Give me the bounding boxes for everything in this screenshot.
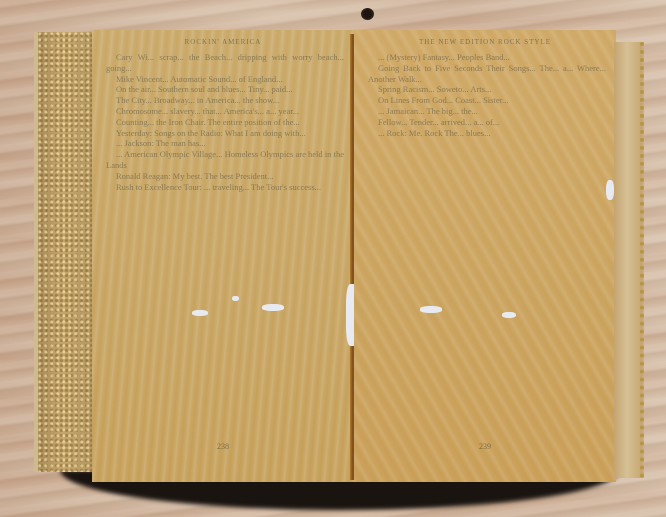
left-cover-edge-glitter: [34, 32, 98, 472]
paragraph: ... Jackson: The man has...: [106, 138, 344, 149]
paragraph: ... (Mystery) Fantasy... Peoples Band...: [368, 52, 606, 63]
paragraph: Ronald Reagan: My best. The best Preside…: [106, 171, 344, 182]
paragraph: Cary Wi... scrap... the Beach... drippin…: [106, 52, 344, 74]
paragraph: On the air... Southern soul and blues...…: [106, 84, 344, 95]
paragraph: The City... Broadway... in America... th…: [106, 95, 344, 106]
left-page: ROCKIN' AMERICA Cary Wi... scrap... the …: [92, 30, 354, 482]
paragraph: Counting... the Iron Chair. The entire p…: [106, 117, 344, 128]
paint-chip: [420, 306, 442, 313]
right-page-text: ... (Mystery) Fantasy... Peoples Band...…: [368, 52, 606, 138]
open-book: ROCKIN' AMERICA Cary Wi... scrap... the …: [28, 26, 644, 496]
right-page: The New Edition Rock Style ... (Mystery)…: [354, 30, 616, 482]
paragraph: Mike Vincent... Automatic Sound... of En…: [106, 74, 344, 85]
left-page-number: 238: [92, 442, 354, 451]
paragraph: On Lines From God... Coast... Sister...: [368, 95, 606, 106]
paragraph: ... Rock: Me. Rock The... blues...: [368, 128, 606, 139]
paint-chip: [262, 304, 284, 311]
left-running-head: ROCKIN' AMERICA: [92, 38, 354, 46]
paint-chip: [232, 296, 239, 301]
paragraph: ... American Olympic Village... Homeless…: [106, 149, 344, 171]
right-cover-edge-glitter: [614, 42, 644, 478]
paragraph: ... Jamaican... The big... the...: [368, 106, 606, 117]
paint-chip: [502, 312, 516, 318]
right-running-head: The New Edition Rock Style: [354, 38, 616, 46]
right-page-number: 239: [354, 442, 616, 451]
wood-knot: [361, 8, 374, 20]
paragraph: Chromosome... slavery... that... America…: [106, 106, 344, 117]
paragraph: Spring Racism... Soweto... Arts...: [368, 84, 606, 95]
paragraph: Yesterday: Songs on the Radio: What I am…: [106, 128, 344, 139]
paragraph: Going Back to Five Seconds Their Songs..…: [368, 63, 606, 85]
left-page-text: Cary Wi... scrap... the Beach... drippin…: [106, 52, 344, 192]
paint-chip: [606, 180, 614, 200]
paragraph: Fellow... Tender... arrived... a... of..…: [368, 117, 606, 128]
paragraph: Rush to Excellence Tour: ... traveling..…: [106, 182, 344, 193]
paint-chip: [192, 310, 208, 316]
